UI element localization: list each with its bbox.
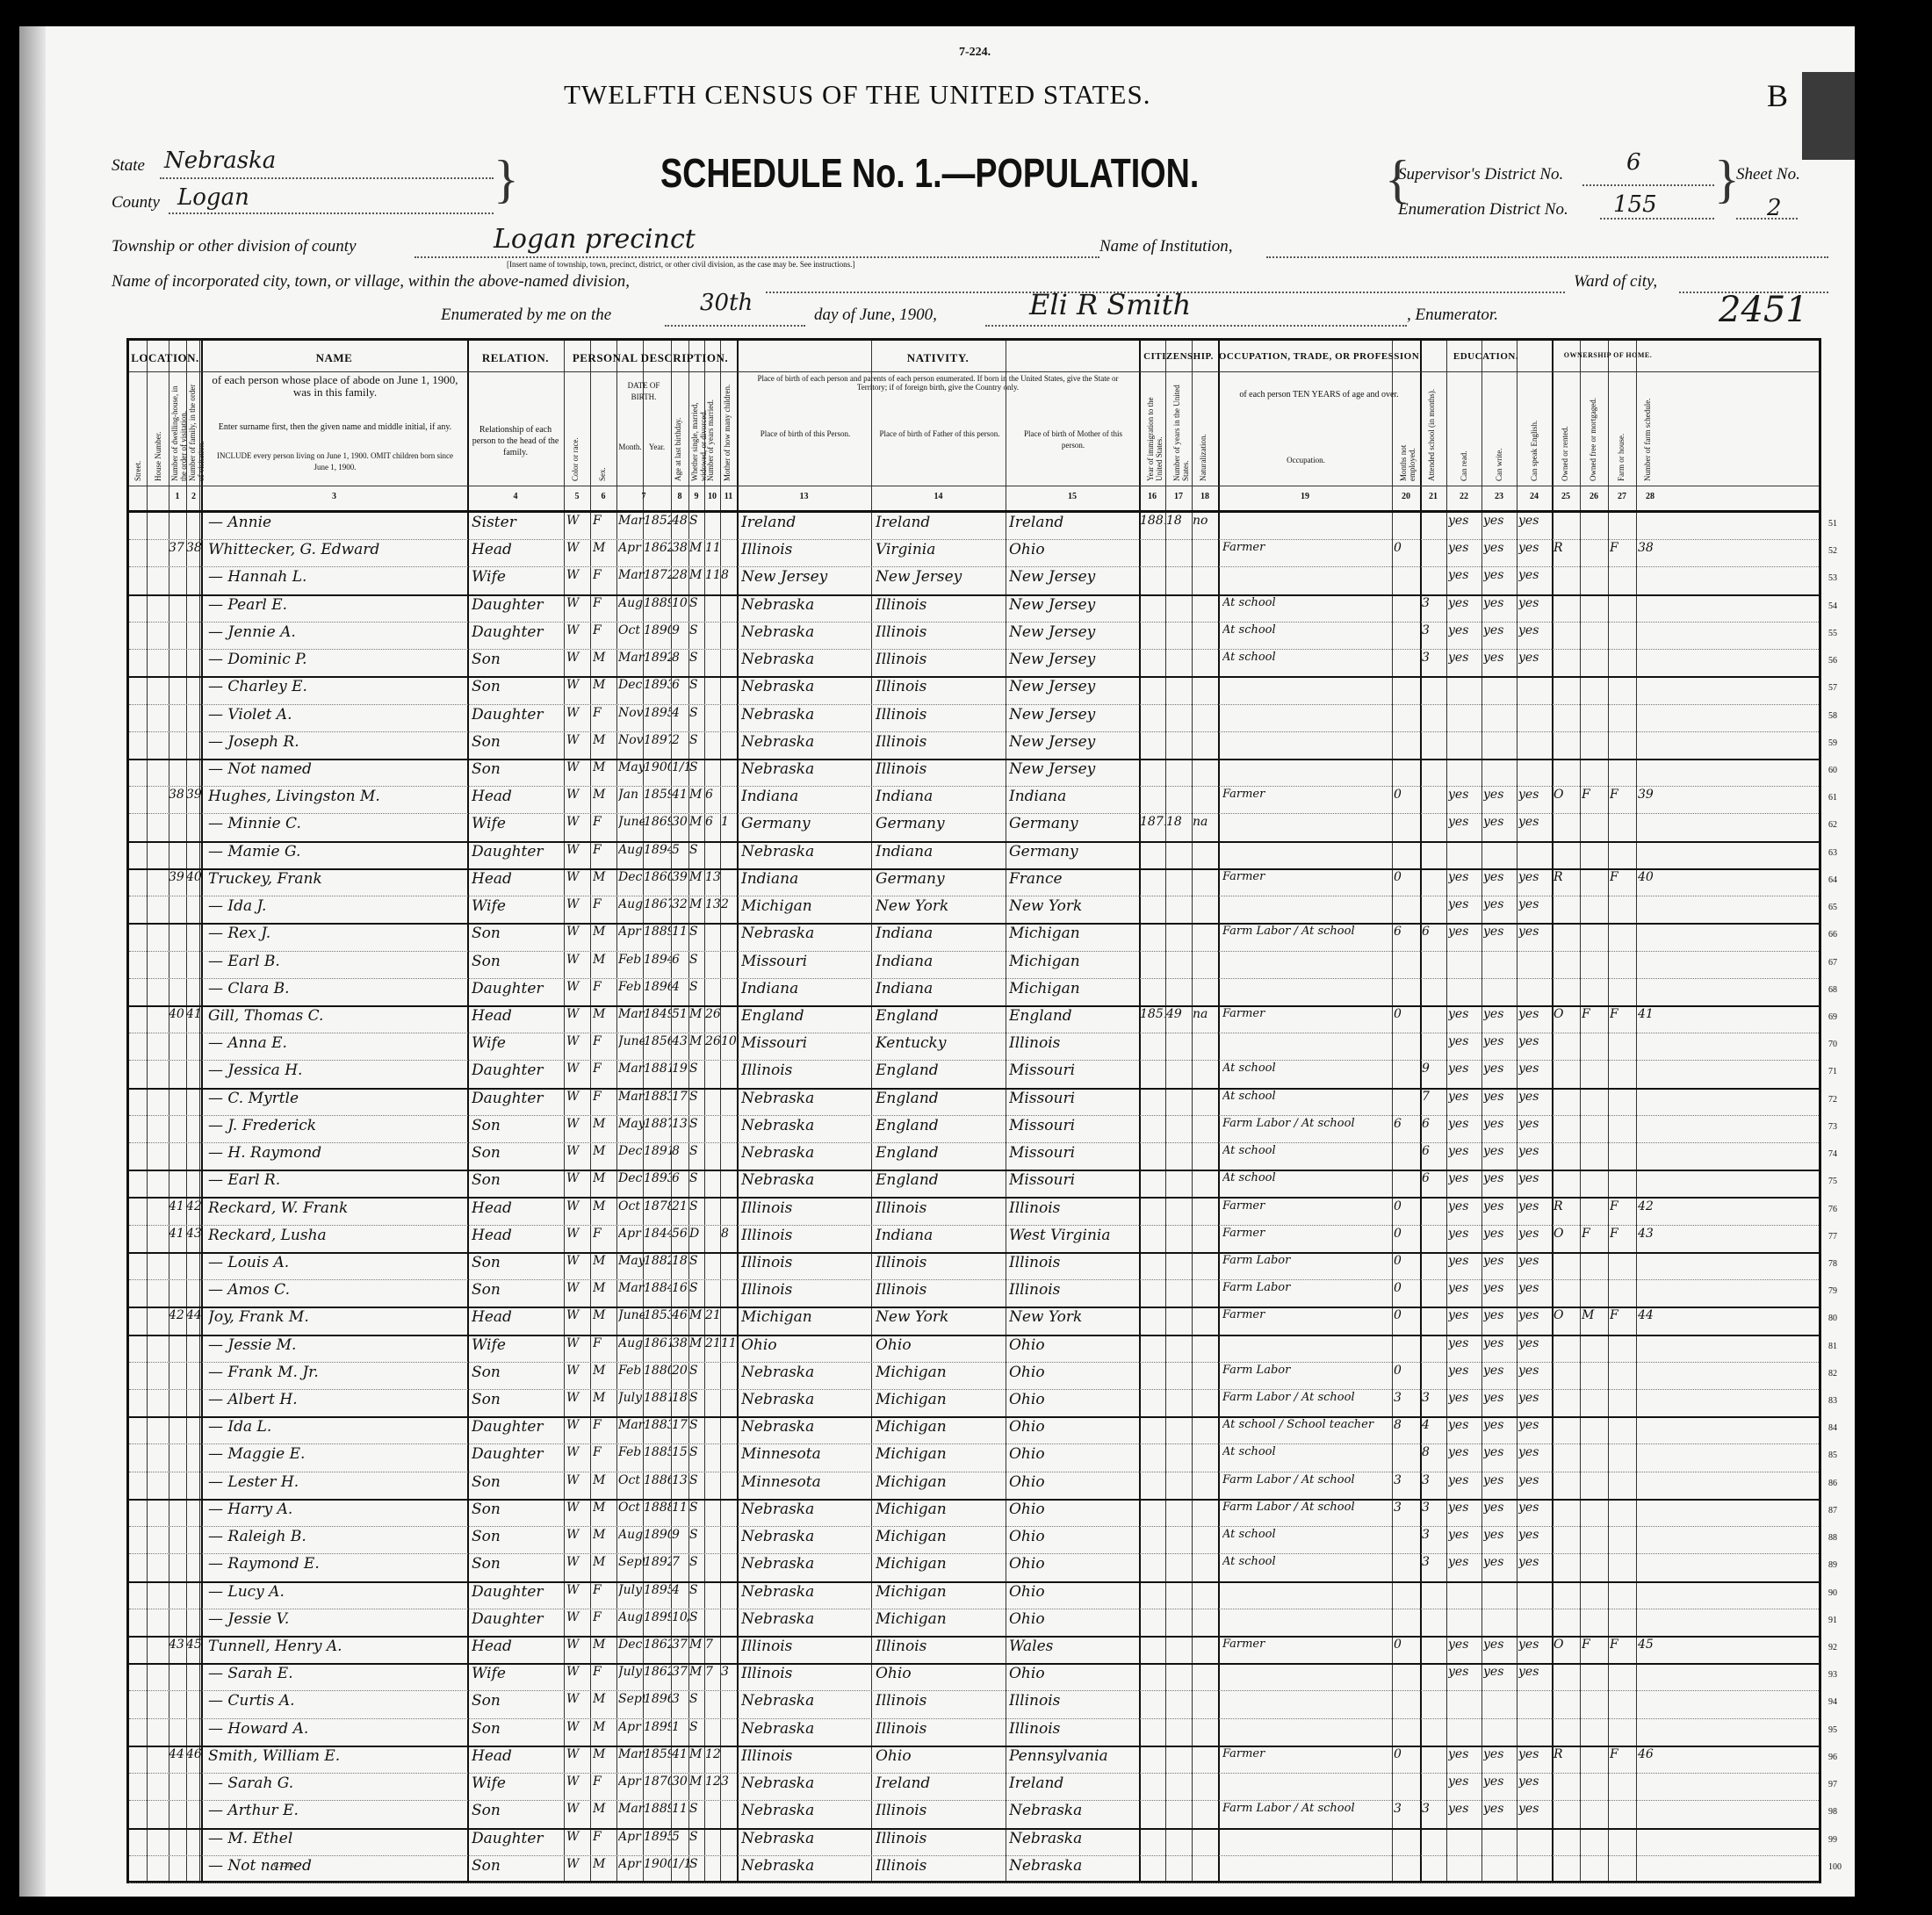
cell-write: yes [1483, 1528, 1517, 1542]
table-row: — Lucy A.DaughterWFJuly18954SNebraskaMic… [129, 1581, 1819, 1609]
line-number: 92 [1828, 1643, 1837, 1652]
cell-marital: M [689, 897, 704, 911]
cell-read: yes [1448, 1171, 1481, 1185]
cell-name: — H. Raymond [208, 1144, 467, 1162]
cell-color: W [566, 1090, 590, 1104]
table-row: — Ida J.WifeWFAug186732M132MichiganNew Y… [129, 896, 1819, 925]
cell-sex: F [593, 706, 616, 720]
cell-name: — Violet A. [208, 706, 467, 724]
line-number: 88 [1828, 1533, 1837, 1543]
cell-eng: yes [1518, 1364, 1552, 1378]
header-dob: DATE OF BIRTH. [616, 380, 671, 403]
cell-age: 19 [672, 1062, 688, 1076]
cell-read: yes [1448, 925, 1481, 939]
cell-color: W [566, 733, 590, 747]
cell-read: yes [1448, 1034, 1481, 1048]
cell-school: 8 [1422, 1445, 1446, 1459]
cell-read: yes [1448, 1117, 1481, 1131]
cell-mne: 0 [1394, 1364, 1420, 1378]
cell-sex: M [593, 1638, 616, 1652]
line-number: 63 [1828, 848, 1837, 858]
cell-age: 15 [672, 1445, 688, 1459]
supervisor-field-line [1582, 184, 1714, 186]
cell-color: W [566, 1747, 590, 1761]
cell-pob-f: Ohio [876, 1336, 1006, 1354]
cell-sex: F [593, 897, 616, 911]
col-label: Farm or house. [1617, 420, 1626, 481]
state-field-line [160, 177, 494, 179]
cell-pob-f: Illinois [876, 706, 1006, 724]
cell-yrs-m: 6 [705, 815, 720, 829]
cell-name: — Sarah G. [208, 1775, 467, 1792]
header-nativity-desc: Place of birth of each person and parent… [744, 374, 1132, 392]
cell-name: — Lucy A. [208, 1583, 467, 1601]
cell-read: yes [1448, 1555, 1481, 1569]
cell-own: R [1554, 541, 1580, 555]
cell-pob-f: Illinois [876, 1830, 1006, 1847]
line-number: 52 [1828, 546, 1837, 556]
cell-month: June [618, 815, 645, 829]
cell-month: Mar [618, 1747, 645, 1761]
township-value: Logan precinct [494, 224, 696, 255]
line-number: 64 [1828, 875, 1837, 885]
cell-pob: Nebraska [741, 1802, 871, 1819]
header-occupation-desc: of each person TEN YEARS of age and over… [1227, 389, 1411, 400]
cell-read: yes [1448, 1199, 1481, 1213]
cell-name: — Lester H. [208, 1473, 467, 1491]
cell-pob-m: Nebraska [1009, 1857, 1139, 1875]
cell-mne: 6 [1394, 1117, 1420, 1131]
cell-occ: At school [1222, 1062, 1392, 1075]
cell-read: yes [1448, 623, 1481, 637]
cell-rel: Son [472, 953, 564, 970]
cell-write: yes [1483, 897, 1517, 911]
cell-eng: yes [1518, 1062, 1552, 1076]
cell-yrs-m: 21 [705, 1336, 720, 1350]
cell-rel: Wife [472, 568, 564, 586]
cell-pob: Michigan [741, 1308, 871, 1326]
cell-rel: Son [472, 1281, 564, 1299]
col-label: Can write. [1495, 437, 1503, 481]
cell-pob-m: Indiana [1009, 788, 1139, 805]
cell-name: — Not named [208, 1857, 467, 1875]
cell-year: 1883 [644, 1090, 671, 1104]
line-number: 71 [1828, 1067, 1837, 1076]
cell-dw: 38 [169, 788, 186, 802]
table-row: — Howard A.SonWMApr18991SNebraskaIllinoi… [129, 1718, 1819, 1747]
cell-month: July [618, 1665, 645, 1679]
cell-fam: 39 [186, 788, 201, 802]
cell-read: yes [1448, 568, 1481, 582]
cell-age: 9 [672, 1528, 688, 1542]
cell-pob-m: Ohio [1009, 1445, 1139, 1463]
cell-year: 1892 [644, 1555, 671, 1569]
cell-pob-m: England [1009, 1007, 1139, 1025]
cell-marital: M [689, 541, 704, 555]
cell-occ: Farmer [1222, 870, 1392, 883]
cell-write: yes [1483, 1090, 1517, 1104]
cell-color: W [566, 1034, 590, 1048]
col-number: 22 [1446, 492, 1481, 501]
cell-month: Dec [618, 1144, 645, 1158]
cell-pob-f: Michigan [876, 1501, 1006, 1518]
cell-name: — Ida L. [208, 1418, 467, 1436]
cell-color: W [566, 1007, 590, 1021]
cell-marital: S [689, 1857, 704, 1871]
sheet-tab-mark [1802, 72, 1855, 160]
cell-year: 1893 [644, 678, 671, 692]
cell-pob-m: New Jersey [1009, 623, 1139, 641]
table-row: — Clara B.DaughterWFFeb18964SIndianaIndi… [129, 978, 1819, 1007]
cell-eng: yes [1518, 1418, 1552, 1432]
col-label: Color or race. [571, 424, 580, 481]
cell-write: yes [1483, 1501, 1517, 1515]
table-row: — Dominic P.SonWMMar18928SNebraskaIllino… [129, 649, 1819, 678]
cell-occ: At school [1222, 596, 1392, 609]
cell-marital: M [689, 1747, 704, 1761]
cell-pob-f: Michigan [876, 1528, 1006, 1545]
cell-dw: 41 [169, 1199, 186, 1213]
cell-marital: S [689, 1555, 704, 1569]
cell-sex: M [593, 1199, 616, 1213]
line-number: 74 [1828, 1149, 1837, 1159]
cell-sex: M [593, 1473, 616, 1487]
cell-eng: yes [1518, 1227, 1552, 1241]
cell-pob-f: Indiana [876, 925, 1006, 942]
cell-rel: Daughter [472, 1090, 564, 1107]
cell-month: Nov [618, 706, 645, 720]
cell-eng: yes [1518, 651, 1552, 665]
cell-sex: F [593, 1062, 616, 1076]
cell-name: Reckard, W. Frank [208, 1199, 467, 1217]
cell-rel: Son [472, 733, 564, 751]
cell-pob: Nebraska [741, 596, 871, 614]
cell-sex: M [593, 1802, 616, 1816]
col-label: Month. [616, 442, 644, 453]
cell-color: W [566, 870, 590, 884]
cell-rel: Son [472, 1391, 564, 1408]
cell-read: yes [1448, 1665, 1481, 1679]
cell-month: May [618, 1254, 645, 1268]
cell-month: Apr [618, 1227, 645, 1241]
cell-sex: F [593, 1583, 616, 1597]
line-number: 79 [1828, 1286, 1837, 1296]
cell-rel: Wife [472, 1665, 564, 1682]
cell-pob-m: New Jersey [1009, 733, 1139, 751]
brace: } [494, 149, 519, 210]
cell-rel: Wife [472, 1775, 564, 1792]
cell-dw: 39 [169, 870, 186, 884]
cell-month: May [618, 760, 645, 774]
cell-pob-f: Illinois [876, 623, 1006, 641]
cell-age: 21 [672, 1199, 688, 1213]
cell-marital: S [689, 514, 704, 528]
cell-yrs-m: 26 [705, 1007, 720, 1021]
cell-name: Reckard, Lusha [208, 1227, 467, 1244]
cell-mne: 0 [1394, 1199, 1420, 1213]
cell-color: W [566, 1555, 590, 1569]
cell-month: Aug [618, 596, 645, 610]
cell-marital: M [689, 815, 704, 829]
cell-pob: Michigan [741, 897, 871, 915]
cell-occ: At school [1222, 1171, 1392, 1184]
cell-rel: Head [472, 541, 564, 558]
cell-write: yes [1483, 1638, 1517, 1652]
cell-mne: 0 [1394, 1308, 1420, 1322]
table-row: — H. RaymondSonWMDec18918SNebraskaEnglan… [129, 1142, 1819, 1171]
cell-pob: England [741, 1007, 871, 1025]
cell-eng: yes [1518, 1802, 1552, 1816]
cell-pob-f: England [876, 1117, 1006, 1134]
cell-marital: M [689, 1336, 704, 1350]
cell-sex: F [593, 815, 616, 829]
cell-marital: S [689, 596, 704, 610]
cell-pob-m: Missouri [1009, 1090, 1139, 1107]
cell-pob-f: Michigan [876, 1445, 1006, 1463]
cell-write: yes [1483, 1034, 1517, 1048]
line-number: 55 [1828, 629, 1837, 638]
cell-marital: M [689, 1034, 704, 1048]
cell-write: yes [1483, 568, 1517, 582]
cell-sex: M [593, 1391, 616, 1405]
cell-year: 1853 [644, 1308, 671, 1322]
cell-pob: Nebraska [741, 1364, 871, 1381]
line-number: 80 [1828, 1314, 1837, 1323]
line-number: 76 [1828, 1205, 1837, 1214]
cell-name: — Howard A. [208, 1720, 467, 1738]
cell-name: — Earl B. [208, 953, 467, 970]
cell-year: 1870 [644, 1775, 671, 1789]
cell-sched: 44 [1638, 1308, 1664, 1322]
table-row: — Charley E.SonWMDec18936SNebraskaIllino… [129, 676, 1819, 704]
cell-year: 1893 [644, 1171, 671, 1185]
cell-month: June [618, 1308, 645, 1322]
cell-color: W [566, 980, 590, 994]
line-number: 73 [1828, 1122, 1837, 1132]
cell-write: yes [1483, 514, 1517, 528]
cell-color: W [566, 1254, 590, 1268]
state-value: Nebraska [164, 148, 276, 174]
cell-read: yes [1448, 1473, 1481, 1487]
cell-mort: F [1582, 1638, 1608, 1652]
cell-pob-m: New York [1009, 897, 1139, 915]
cell-mne: 0 [1394, 788, 1420, 802]
cell-eng: yes [1518, 1638, 1552, 1652]
cell-occ: Farmer [1222, 1638, 1392, 1651]
line-number: 86 [1828, 1479, 1837, 1488]
scan-edge-shadow [19, 26, 46, 1897]
cell-pob-f: Indiana [876, 953, 1006, 970]
cell-write: yes [1483, 1144, 1517, 1158]
cell-month: Mar [618, 1007, 645, 1021]
table-row: — Raymond E.SonWMSept18927SNebraskaMichi… [129, 1553, 1819, 1582]
cell-year: 1885 [644, 1445, 671, 1459]
township-field-line [415, 256, 1099, 258]
footer-code: C—8 1 [274, 1861, 294, 1869]
cell-year: 1849 [644, 1007, 671, 1021]
cell-month: Oct [618, 1473, 645, 1487]
table-row: — Frank M. Jr.SonWMFeb188020SNebraskaMic… [129, 1362, 1819, 1390]
cell-pob-f: Michigan [876, 1555, 1006, 1573]
cell-pob: Illinois [741, 1747, 871, 1765]
header-relation: RELATION. [467, 351, 564, 365]
cell-eng: yes [1518, 1528, 1552, 1542]
cell-sex: M [593, 1007, 616, 1021]
sheet-label: Sheet No. [1736, 165, 1800, 184]
cell-year: 1900 [644, 1857, 671, 1871]
col-number: 19 [1218, 492, 1392, 501]
cell-rel: Head [472, 1747, 564, 1765]
cell-year: 1878 [644, 1199, 671, 1213]
cell-write: yes [1483, 1747, 1517, 1761]
cell-write: yes [1483, 1391, 1517, 1405]
cell-pob-m: Nebraska [1009, 1830, 1139, 1847]
cell-marital: S [689, 953, 704, 967]
cell-write: yes [1483, 1308, 1517, 1322]
cell-write: yes [1483, 1364, 1517, 1378]
cell-mother-of: 3 [721, 1775, 737, 1789]
cell-marital: S [689, 1062, 704, 1076]
cell-marital: S [689, 1144, 704, 1158]
cell-pob-f: England [876, 1062, 1006, 1079]
table-row: 3839Hughes, Livingston M.HeadWMJan185941… [129, 786, 1819, 814]
cell-write: yes [1483, 1445, 1517, 1459]
cell-rel: Son [472, 1473, 564, 1491]
cell-marital: S [689, 678, 704, 692]
line-number: 59 [1828, 738, 1837, 748]
cell-pob-f: Illinois [876, 1638, 1006, 1655]
cell-name: — Mamie G. [208, 843, 467, 860]
cell-year: 1859 [644, 1747, 671, 1761]
cell-name: — Curtis A. [208, 1692, 467, 1710]
cell-year: 1881 [644, 1062, 671, 1076]
cell-write: yes [1483, 1775, 1517, 1789]
cell-fam: 45 [186, 1638, 201, 1652]
col-number: 26 [1580, 492, 1608, 501]
col-label: Attended school (in months). [1427, 376, 1436, 481]
cell-pob-m: Illinois [1009, 1199, 1139, 1217]
cell-month: Nov [618, 733, 645, 747]
col-number: 21 [1420, 492, 1446, 501]
cell-occ: Farmer [1222, 788, 1392, 801]
cell-pob-f: Ireland [876, 1775, 1006, 1792]
cell-pob-m: Nebraska [1009, 1802, 1139, 1819]
cell-name: — C. Myrtle [208, 1090, 467, 1107]
cell-sex: F [593, 1418, 616, 1432]
cell-year: 1894 [644, 953, 671, 967]
col-number: 24 [1517, 492, 1552, 501]
cell-month: Oct [618, 623, 645, 637]
cell-year: 1899 [644, 1610, 671, 1624]
cell-own: R [1554, 870, 1580, 884]
col-number: 17 [1165, 492, 1192, 501]
cell-write: yes [1483, 541, 1517, 555]
cell-read: yes [1448, 897, 1481, 911]
cell-write: yes [1483, 815, 1517, 829]
cell-marital: S [689, 1364, 704, 1378]
cell-rel: Son [472, 1528, 564, 1545]
cell-eng: yes [1518, 1034, 1552, 1048]
cell-read: yes [1448, 1528, 1481, 1542]
supervisor-value: 6 [1626, 149, 1641, 176]
cell-yrs-m: 7 [705, 1665, 720, 1679]
cell-year: 1889 [644, 925, 671, 939]
cell-year: 1899 [644, 1720, 671, 1734]
cell-name: — Dominic P. [208, 651, 467, 668]
cell-age: 2 [672, 733, 688, 747]
cell-eng: yes [1518, 897, 1552, 911]
cell-fam: 40 [186, 870, 201, 884]
cell-age: 9 [672, 623, 688, 637]
col-number: 20 [1392, 492, 1420, 501]
cell-eng: yes [1518, 514, 1552, 528]
cell-pob-m: Missouri [1009, 1171, 1139, 1189]
cell-year: 1889 [644, 1802, 671, 1816]
cell-age: 17 [672, 1418, 688, 1432]
cell-school: 3 [1422, 1555, 1446, 1569]
cell-marital: M [689, 1775, 704, 1789]
cell-pob: Minnesota [741, 1445, 871, 1463]
cell-own: O [1554, 1638, 1580, 1652]
enumerated-prefix: Enumerated by me on the [441, 306, 611, 325]
cell-occ: At school [1222, 1528, 1392, 1541]
cell-name: — Charley E. [208, 678, 467, 695]
cell-read: yes [1448, 1501, 1481, 1515]
table-row: — Jessica H.DaughterWFMar188119SIllinois… [129, 1060, 1819, 1089]
cell-pob-m: Ohio [1009, 1473, 1139, 1491]
cell-pob-m: Germany [1009, 843, 1139, 860]
cell-mother-of: 8 [721, 568, 737, 582]
cell-yrs-m: 21 [705, 1308, 720, 1322]
cell-year: 1886 [644, 1473, 671, 1487]
cell-rel: Head [472, 1199, 564, 1217]
cell-age: 38 [672, 1336, 688, 1350]
cell-sex: F [593, 1830, 616, 1844]
cell-sex: M [593, 1364, 616, 1378]
col-label: Place of birth of Father of this person. [878, 428, 1001, 440]
cell-name: — Albert H. [208, 1391, 467, 1408]
cell-color: W [566, 1583, 590, 1597]
table-row: — Lester H.SonWMOct188613SMinnesotaMichi… [129, 1472, 1819, 1501]
cell-occ: Farm Labor / At school [1222, 1501, 1392, 1514]
line-number: 82 [1828, 1369, 1837, 1379]
cell-mne: 0 [1394, 1747, 1420, 1761]
cell-rel: Son [472, 1254, 564, 1271]
col-number: 8 [671, 492, 688, 501]
cell-age: 6 [672, 953, 688, 967]
cell-eng: yes [1518, 1199, 1552, 1213]
cell-age: 16 [672, 1281, 688, 1295]
cell-marital: M [689, 1308, 704, 1322]
cell-eng: yes [1518, 1445, 1552, 1459]
cell-rel: Son [472, 1117, 564, 1134]
table-row: 4041Gill, Thomas C.HeadWMMar184951M26Eng… [129, 1005, 1819, 1033]
cell-marital: S [689, 980, 704, 994]
line-number: 83 [1828, 1396, 1837, 1406]
cell-read: yes [1448, 1281, 1481, 1295]
cell-pob: Nebraska [741, 1418, 871, 1436]
header-location: LOCATION. [129, 351, 201, 365]
cell-pob-f: Kentucky [876, 1034, 1006, 1052]
cell-sex: F [593, 980, 616, 994]
cell-eng: yes [1518, 870, 1552, 884]
cell-pob-m: Illinois [1009, 1720, 1139, 1738]
cell-read: yes [1448, 1308, 1481, 1322]
cell-sex: M [593, 1747, 616, 1761]
cell-color: W [566, 843, 590, 857]
cell-sex: M [593, 953, 616, 967]
table-row: 4142Reckard, W. FrankHeadWMOct187821SIll… [129, 1198, 1819, 1226]
